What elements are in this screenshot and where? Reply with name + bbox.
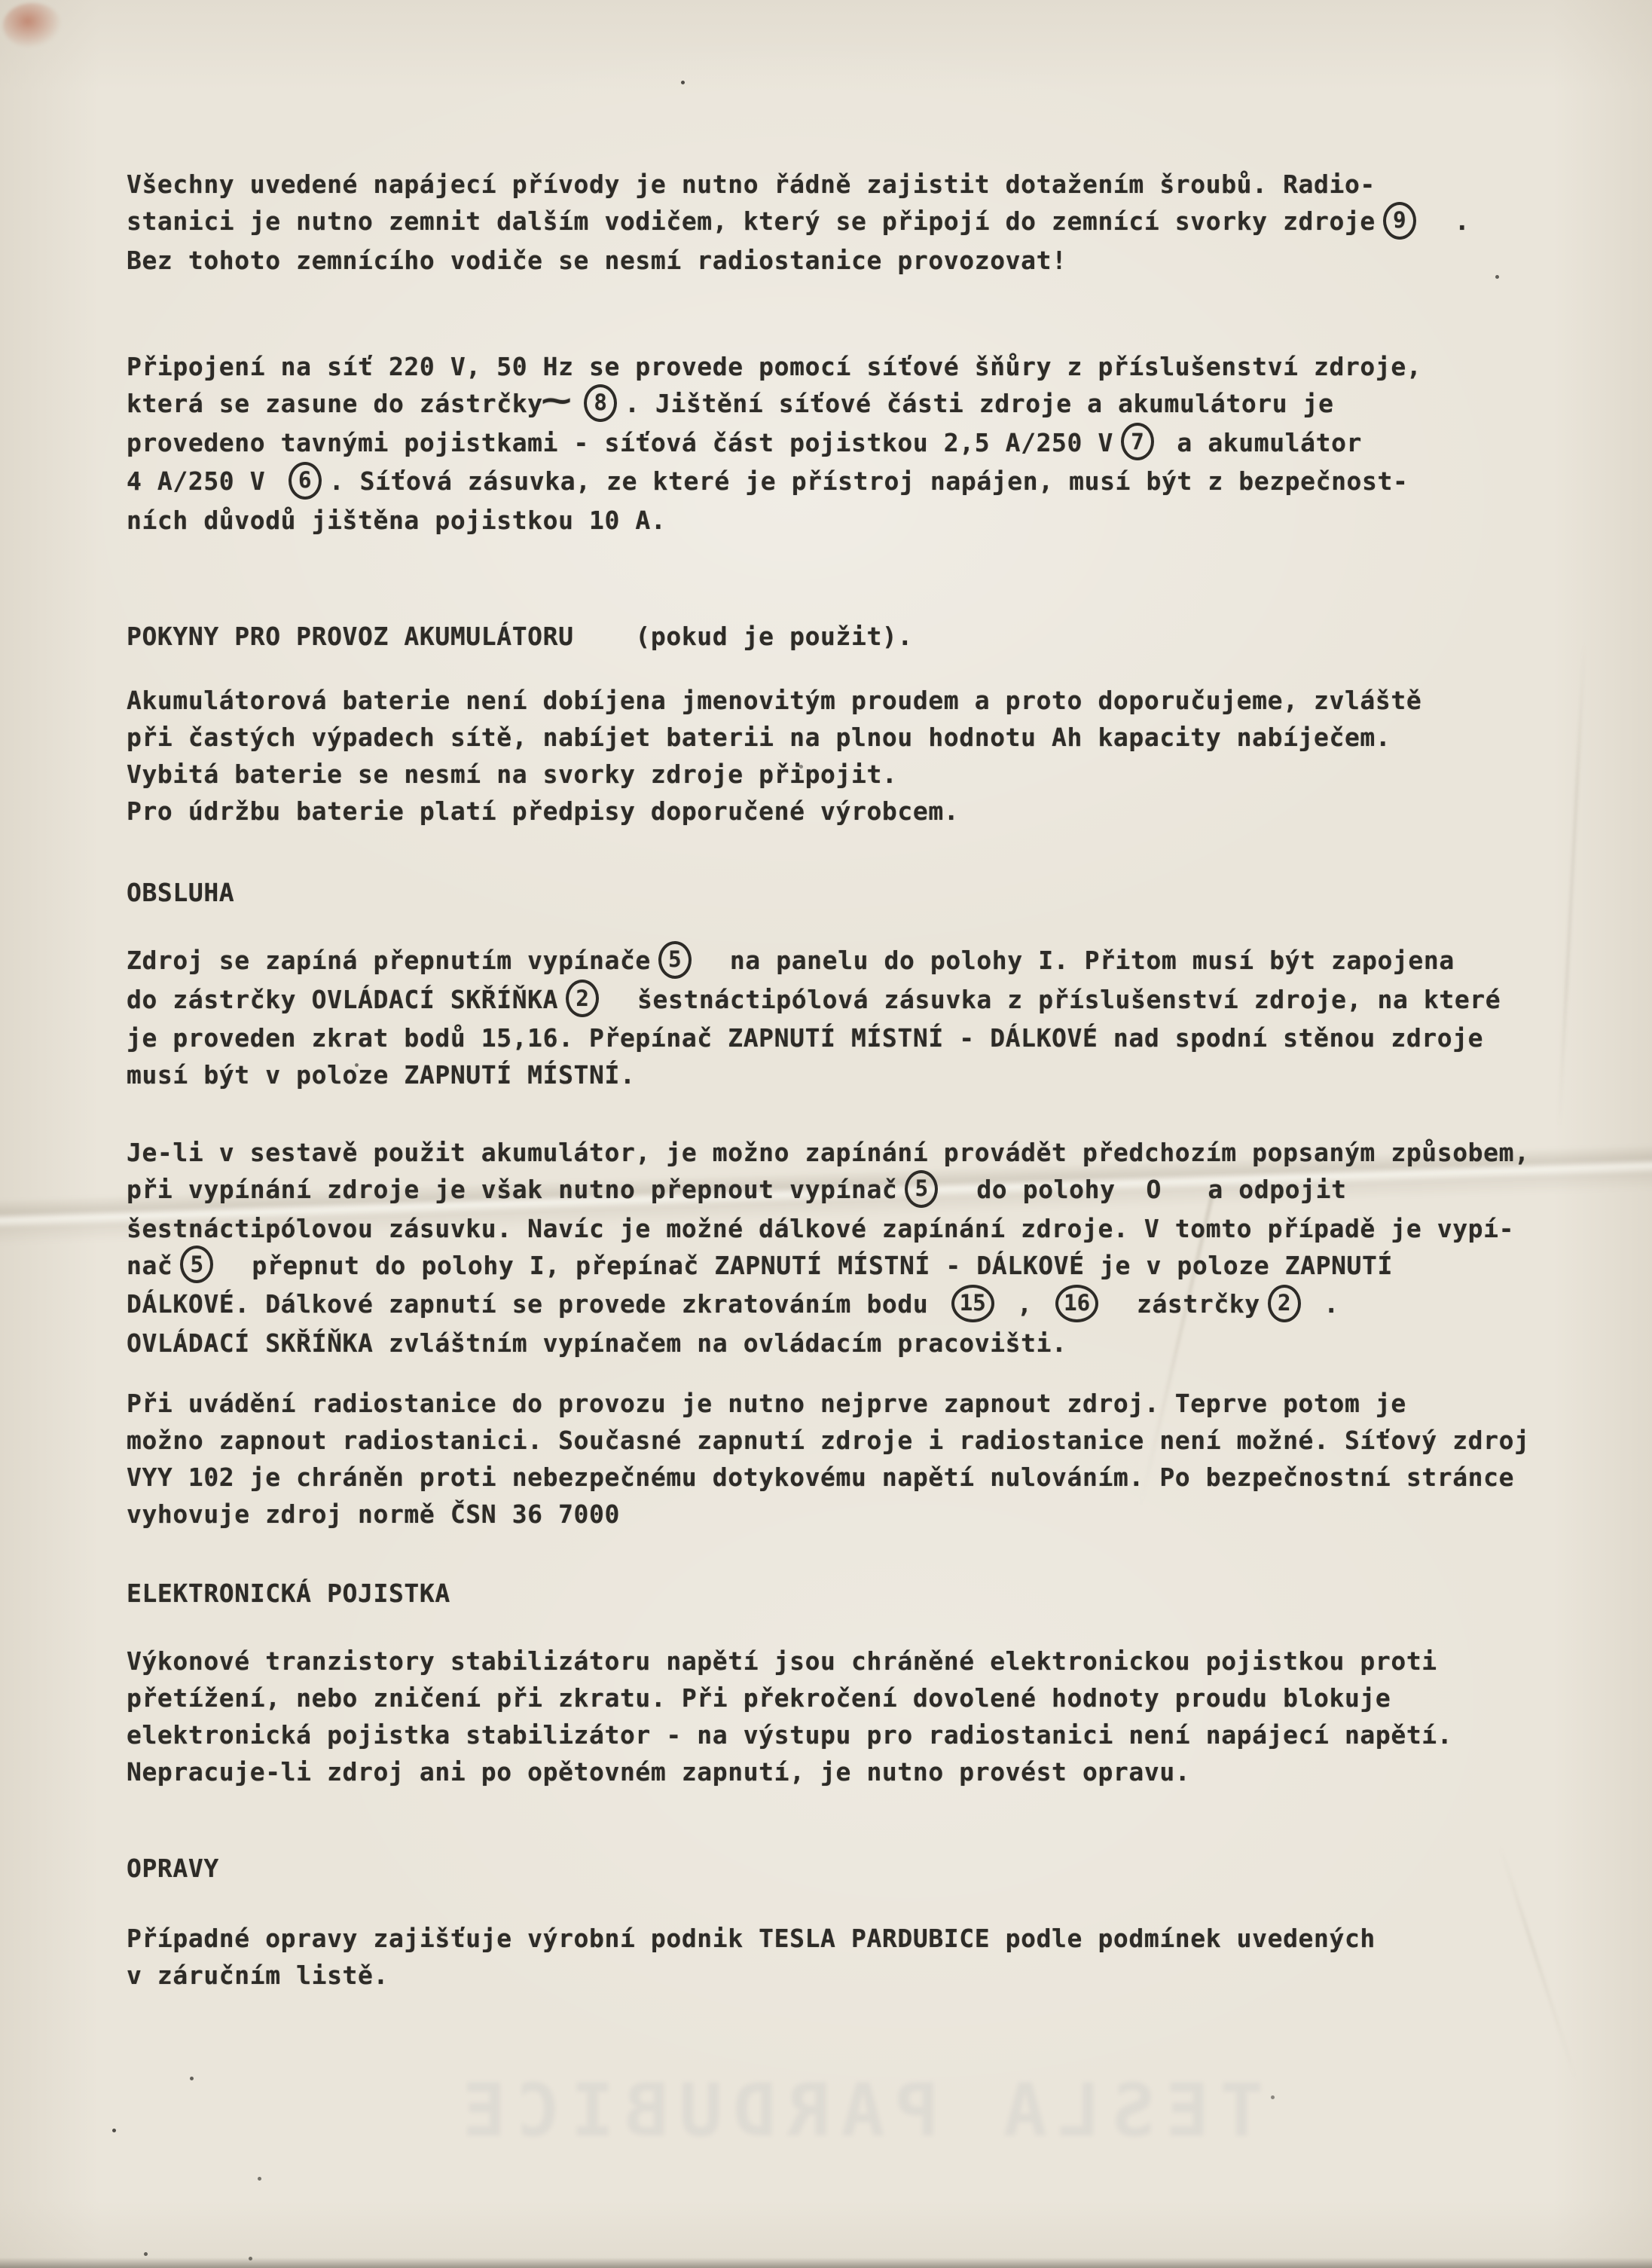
text-run: stanici je nutno zemnit dalším vodičem, … [127,206,1376,236]
text-line: elektronická pojistka stabilizátor - na … [127,1716,1607,1753]
text-run: a akumulátor [1162,428,1362,457]
text-line: je proveden zkrat bodů 15,16. Přepínač Z… [127,1019,1607,1056]
circled-number: 2 [1268,1285,1301,1322]
text-line: v záručním listě. [127,1957,1607,1994]
text-line: VYY 102 je chráněn proti nebezpečnému do… [127,1459,1607,1496]
text-line: Nepracuje-li zdroj ani po opětovném zapn… [127,1753,1607,1790]
text-line: která se zasune do zástrčky~8. Jištění s… [127,385,1607,424]
text-run: Je-li v sestavě použit akumulátor, je mo… [127,1138,1530,1167]
paragraph-radio-startup: Při uvádění radiostanice do provozu je n… [127,1385,1607,1533]
scan-bottom-edge [0,2257,1652,2268]
circled-number: 7 [1121,423,1154,460]
text-run: zástrčky [1106,1289,1260,1319]
heading-pokyny-pro-provoz: POKYNY PRO PROVOZ AKUMULÁTORU (pokud je … [127,618,1607,655]
text-run: Případné opravy zajišťuje výrobní podnik… [127,1924,1376,1953]
circled-number: 15 [951,1285,994,1322]
text-run: POKYNY PRO PROVOZ AKUMULÁTORU (pokud je … [127,622,913,651]
circled-number: 6 [289,462,322,500]
text-run: do polohy O a odpojit [945,1175,1346,1204]
circled-number: 9 [1383,202,1416,240]
text-line: Vybitá baterie se nesmí na svorky zdroje… [127,756,1607,793]
text-run: při vypínání zdroje je však nutno přepno… [127,1175,897,1204]
text-line: ních důvodů jištěna pojistkou 10 A. [127,502,1607,539]
text-run: šestnáctipólovou zásuvku. Navíc je možné… [127,1214,1514,1243]
text-run: Při uvádění radiostanice do provozu je n… [127,1389,1406,1418]
text-run: , [1002,1289,1048,1319]
text-run: ních důvodů jištěna pojistkou 10 A. [127,506,666,535]
paragraph-battery-operation: Je-li v sestavě použit akumulátor, je mo… [127,1134,1607,1362]
text-line: stanici je nutno zemnit dalším vodičem, … [127,203,1607,242]
text-run: přepnut do polohy I, přepínač ZAPNUTÍ MÍ… [221,1251,1393,1280]
circled-number: 16 [1055,1285,1098,1322]
scanned-document-page: TESLA PARDUBICE Všechny uvedené napájecí… [0,0,1652,2268]
text-line: Všechny uvedené napájecí přívody je nutn… [127,166,1607,203]
text-line: Bez tohoto zemnícího vodiče se nesmí rad… [127,242,1607,279]
text-line: DÁLKOVÉ. Dálkové zapnutí se provede zkra… [127,1285,1607,1325]
paragraph-grounding-warning: Všechny uvedené napájecí přívody je nutn… [127,166,1607,279]
text-line: provedeno tavnými pojistkami - síťová čá… [127,424,1607,463]
heading-line: ELEKTRONICKÁ POJISTKA [127,1575,1607,1612]
rust-stain [3,3,62,48]
text-run: . Síťová zásuvka, ze které je přístroj n… [329,466,1409,496]
text-run: Akumulátorová baterie není dobíjena jmen… [127,686,1421,715]
text-run: ELEKTRONICKÁ POJISTKA [127,1579,450,1608]
heading-obsluha: OBSLUHA [127,874,1607,911]
circled-number: 2 [566,980,599,1017]
text-run: . [1308,1289,1339,1319]
ac-wave-icon: ~ [540,374,573,424]
text-run: do zástrčky OVLÁDACÍ SKŘÍŇKA [127,985,558,1014]
text-line: Akumulátorová baterie není dobíjena jmen… [127,682,1607,719]
text-line: při vypínání zdroje je však nutno přepno… [127,1171,1607,1210]
text-run: v záručním listě. [127,1961,389,1990]
text-line: Je-li v sestavě použit akumulátor, je mo… [127,1134,1607,1171]
text-run: Připojení na síť 220 V, 50 Hz se provede… [127,352,1421,381]
text-line: vyhovuje zdroj normě ČSN 36 7000 [127,1496,1607,1533]
text-run: VYY 102 je chráněn proti nebezpečnému do… [127,1463,1514,1492]
text-run: musí být v poloze ZAPNUTÍ MÍSTNÍ. [127,1060,635,1090]
text-run: . Jištění síťové části zdroje a akumulát… [624,389,1334,418]
paper-specks [0,0,2,2]
text-line: OVLÁDACÍ SKŘÍŇKA zvláštním vypínačem na … [127,1325,1607,1362]
text-run: provedeno tavnými pojistkami - síťová čá… [127,428,1113,457]
text-run: Pro údržbu baterie platí předpisy doporu… [127,796,959,826]
text-run: Vybitá baterie se nesmí na svorky zdroje… [127,760,897,789]
text-run: elektronická pojistka stabilizátor - na … [127,1720,1452,1750]
paragraph-electronic-fuse: Výkonové tranzistory stabilizátoru napět… [127,1643,1607,1790]
text-run: Zdroj se zapíná přepnutím vypínače [127,946,651,975]
circled-number: 5 [180,1246,213,1283]
ink-showthrough-ghost-text: TESLA PARDUBICE [452,2068,1263,2153]
circled-number: 5 [905,1170,938,1208]
text-line: Případné opravy zajišťuje výrobní podnik… [127,1920,1607,1957]
heading-elektronicka-pojistka: ELEKTRONICKÁ POJISTKA [127,1575,1607,1612]
text-run: šestnáctipólová zásuvka z příslušenství … [606,985,1501,1014]
text-line: Pro údržbu baterie platí předpisy doporu… [127,793,1607,830]
text-line: musí být v poloze ZAPNUTÍ MÍSTNÍ. [127,1056,1607,1093]
text-run: OVLÁDACÍ SKŘÍŇKA zvláštním vypínačem na … [127,1328,1067,1358]
text-run: přetížení, nebo zničení při zkratu. Při … [127,1683,1391,1713]
text-line: možno zapnout radiostanici. Současné zap… [127,1422,1607,1459]
text-line: Výkonové tranzistory stabilizátoru napět… [127,1643,1607,1680]
text-run: OBSLUHA [127,878,234,907]
text-run: na panelu do polohy I. Přitom musí být z… [699,946,1455,975]
text-run: nač [127,1251,173,1280]
heading-line: OPRAVY [127,1850,1607,1887]
text-line: Při uvádění radiostanice do provozu je n… [127,1385,1607,1422]
heading-opravy: OPRAVY [127,1850,1607,1887]
text-run: Všechny uvedené napájecí přívody je nutn… [127,170,1376,199]
heading-line: POKYNY PRO PROVOZ AKUMULÁTORU (pokud je … [127,618,1607,655]
heading-line: OBSLUHA [127,874,1607,911]
text-run: DÁLKOVÉ. Dálkové zapnutí se provede zkra… [127,1289,944,1319]
paragraph-battery-instructions: Akumulátorová baterie není dobíjena jmen… [127,682,1607,830]
text-run: Nepracuje-li zdroj ani po opětovném zapn… [127,1757,1190,1787]
text-run: vyhovuje zdroj normě ČSN 36 7000 [127,1499,620,1529]
text-run: při častých výpadech sítě, nabíjet bater… [127,723,1391,752]
circled-number: 8 [584,384,617,422]
text-run: možno zapnout radiostanici. Současné zap… [127,1426,1530,1455]
text-line: Zdroj se zapíná přepnutím vypínače5 na p… [127,942,1607,981]
text-run: Výkonové tranzistory stabilizátoru napět… [127,1646,1437,1676]
text-line: nač5 přepnut do polohy I, přepínač ZAPNU… [127,1247,1607,1286]
text-line: při častých výpadech sítě, nabíjet bater… [127,719,1607,756]
text-run: která se zasune do zástrčky [127,389,543,418]
text-line: Připojení na síť 220 V, 50 Hz se provede… [127,348,1607,385]
text-run: 4 A/250 V [127,466,281,496]
text-run: je proveden zkrat bodů 15,16. Přepínač Z… [127,1023,1483,1053]
text-line: přetížení, nebo zničení při zkratu. Při … [127,1680,1607,1716]
paragraph-mains-connection: Připojení na síť 220 V, 50 Hz se provede… [127,348,1607,539]
text-line: do zástrčky OVLÁDACÍ SKŘÍŇKA2 šestnáctip… [127,981,1607,1020]
text-run: . [1424,206,1470,236]
text-run: Bez tohoto zemnícího vodiče se nesmí rad… [127,246,1067,275]
paragraph-operation: Zdroj se zapíná přepnutím vypínače5 na p… [127,942,1607,1093]
text-line: šestnáctipólovou zásuvku. Navíc je možné… [127,1210,1607,1247]
text-line: 4 A/250 V 6. Síťová zásuvka, ze které je… [127,463,1607,502]
paragraph-repairs: Případné opravy zajišťuje výrobní podnik… [127,1920,1607,1994]
text-run: OPRAVY [127,1854,219,1883]
circled-number: 5 [658,941,692,979]
